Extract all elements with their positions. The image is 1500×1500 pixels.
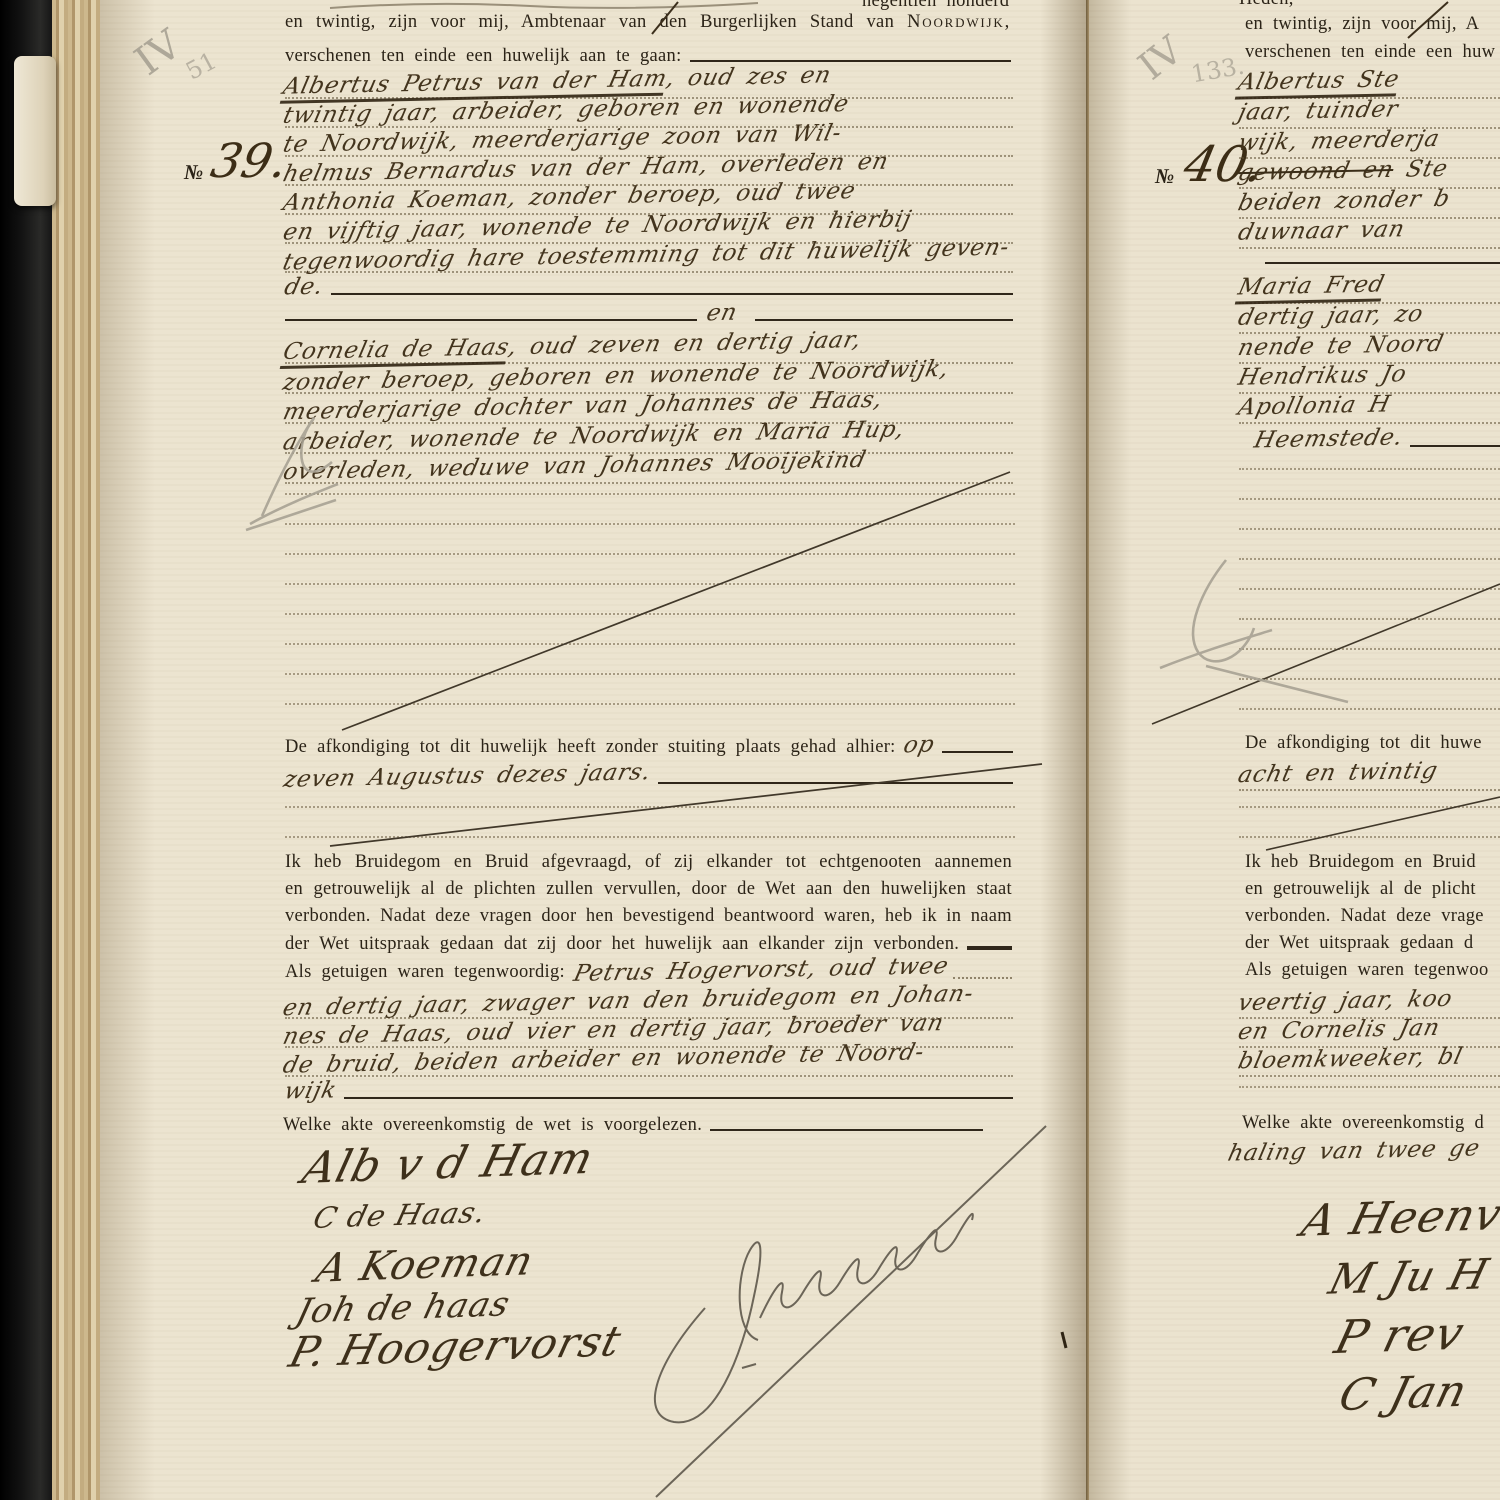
conjunction-row: en: [285, 300, 1013, 326]
bride-entry-line-row: Heemstede.: [1239, 423, 1500, 452]
blank-dotted-line: [1239, 678, 1500, 680]
groom-entry-line: de.: [285, 271, 1013, 300]
blank-dotted-line: [1239, 836, 1500, 838]
blank-dotted-line: [285, 806, 1015, 808]
blank-dotted-line: [285, 643, 1015, 645]
groom-line1-rest: , oud zes en: [664, 62, 834, 91]
blank-line: [285, 319, 697, 321]
bride-name: Maria Fred: [1235, 271, 1388, 304]
announcement-row: De afkondiging tot dit huwelijk heeft zo…: [285, 731, 1013, 758]
groom-entry-line: Albertus Ste: [1239, 68, 1500, 99]
announcement-hw-row: zeven Augustus dezes jaars.: [285, 760, 1013, 789]
declaration-line: Ik heb Bruidegom en Bruid: [1245, 852, 1500, 873]
blank-line: [1265, 262, 1500, 264]
declaration-line: en getrouwelijk al de plichten zullen ve…: [285, 879, 1012, 900]
groom-entry-line: wijk, meerderja: [1239, 128, 1500, 159]
conjunction-en: en: [704, 300, 740, 327]
announcement-hw-op: op: [901, 732, 937, 759]
blank-dotted-line: [1239, 498, 1500, 500]
pencil-folio-mark: 51: [181, 46, 221, 85]
intro-place-name: Noordwijk,: [907, 12, 1011, 32]
bride-entry-line: Maria Fred: [1239, 273, 1500, 304]
closing-text: Welke akte overeenkomstig de wet is voor…: [283, 1115, 702, 1136]
groom-entry-line: helmus Bernardus van der Ham, overleden …: [285, 155, 1013, 186]
intro-text: en twintig, zijn voor mij, Ambtenaar van…: [285, 12, 907, 32]
witness-line: bloemkweeker, bl: [1239, 1046, 1500, 1077]
declaration-line-row: der Wet uitspraak gedaan dat zij door he…: [285, 929, 1012, 955]
groom-name: Albertus Ste: [1235, 66, 1402, 99]
witnesses-label: Als getuigen waren tegenwoo: [1245, 960, 1500, 981]
blank-dotted-line: [1239, 806, 1500, 808]
witnesses-row: Als getuigen waren tegenwoordig: Petrus …: [285, 956, 1012, 983]
registry-book-scan: IV 51 № 39. negentien honderd en twintig…: [0, 0, 1500, 1500]
declaration-line: en getrouwelijk al de plicht: [1245, 879, 1500, 900]
blank-dotted-line: [285, 493, 1015, 495]
book-cover: [0, 0, 52, 1500]
blank-line: [344, 1097, 1013, 1099]
act-number-label: №: [184, 160, 203, 185]
blank-dotted-line: [285, 703, 1015, 705]
witness-line: veertig jaar, koo: [1239, 988, 1500, 1019]
witness-line-row: wijk: [285, 1075, 1013, 1104]
blank-dotted-line: [1239, 708, 1500, 710]
pencil-class-mark: IV: [127, 21, 190, 84]
signature-bride: C de Haas.: [310, 1195, 490, 1235]
declaration-line: der Wet uitspraak gedaan d: [1245, 933, 1500, 954]
blank-dotted-line: [285, 836, 1015, 838]
bride-entry-line: zonder beroep, geboren en wonende te Noo…: [285, 363, 1013, 394]
act-number: 39.: [206, 134, 292, 189]
bride-line1-rest: , oud zeven en dertig jaar,: [506, 327, 864, 360]
blank-line: [690, 60, 1011, 62]
blank-line: [755, 319, 1013, 321]
blank-dotted-line: [285, 553, 1015, 555]
act-number-label: №: [1155, 164, 1174, 189]
bride-entry-line: Apollonia H: [1239, 393, 1500, 424]
bookmark-tab: [14, 56, 56, 206]
blank-dotted-line: [1239, 618, 1500, 620]
announcement-printed: De afkondiging tot dit huwelijk heeft zo…: [285, 737, 896, 758]
right-page: IV 133. № 40. Heden, en twintig, zijn vo…: [1089, 0, 1500, 1500]
blank-dotted-line: [285, 523, 1015, 525]
blank-dotted-line: [285, 613, 1015, 615]
bride-entry-line: arbeider, wonende te Noordwijk en Maria …: [285, 423, 1013, 454]
declaration-line: verbonden. Nadat deze vrage: [1245, 906, 1500, 927]
page-edge-stack: [52, 0, 100, 1500]
bride-entry-line: nende te Noord: [1239, 333, 1500, 364]
groom-entry-line: gewoond en Ste: [1239, 158, 1500, 189]
blank-dotted-line: [953, 977, 1012, 979]
groom-entry-line: duwnaar van: [1239, 218, 1500, 249]
declaration-line: Ik heb Bruidegom en Bruid afgevraagd, of…: [285, 852, 1012, 873]
intro-line2-text: verschenen ten einde een huwelijk aan te…: [285, 46, 682, 67]
pencil-class-mark: IV: [1130, 28, 1191, 89]
announcement-hw-row: acht en twintig: [1239, 760, 1500, 791]
printed-intro-line1: en twintig, zijn voor mij, Ambtenaar van…: [285, 12, 1011, 33]
groom-entry-line: te Noordwijk, meerderjarige zoon van Wil…: [285, 126, 1013, 157]
end-dash: [967, 946, 1012, 950]
blank-dotted-line: [1239, 558, 1500, 560]
printed-intro-line1: en twintig, zijn voor mij, A: [1245, 14, 1500, 35]
bride-entry-line: Hendrikus Jo: [1239, 363, 1500, 394]
bride-entry-line: dertig jaar, zo: [1239, 303, 1500, 334]
blank-line: [331, 293, 1013, 295]
blank-line: [1410, 445, 1500, 447]
bride-entry-line: overleden, weduwe van Johannes Mooijekin…: [285, 453, 1013, 484]
blank-dotted-line: [1239, 528, 1500, 530]
groom-entry-line: jaar, tuinder: [1239, 98, 1500, 129]
printed-intro-line2: verschenen ten einde een huw: [1245, 42, 1500, 63]
closing-text: Welke akte overeenkomstig d: [1242, 1113, 1500, 1134]
blank-dotted-line: [1239, 648, 1500, 650]
blank-dotted-line: [285, 673, 1015, 675]
blank-dotted-line: [285, 583, 1015, 585]
signature-groom: Alb v d Ham: [297, 1133, 599, 1194]
signature-witness2: P. Hoogervorst: [284, 1316, 626, 1376]
printed-intro-line2-row: verschenen ten einde een huwelijk aan te…: [285, 41, 1011, 67]
blank-dotted-line: [1239, 468, 1500, 470]
printed-top-fragment: Heden,: [1239, 0, 1294, 10]
blank-line: [658, 782, 1013, 784]
blank-line: [942, 751, 1013, 753]
left-page: IV 51 № 39. negentien honderd en twintig…: [100, 0, 1086, 1500]
blank-line: [710, 1129, 983, 1131]
groom-entry-line: tegenwoordig hare toestemming tot dit hu…: [285, 242, 1013, 273]
struck-text: gewoond en: [1236, 157, 1397, 186]
announcement-printed: De afkondiging tot dit huwe: [1245, 733, 1500, 754]
blank-dotted-line: [1239, 588, 1500, 590]
witnesses-label: Als getuigen waren tegenwoordig:: [285, 962, 565, 983]
groom-entry-line: beiden zonder b: [1239, 188, 1500, 219]
signature-bride: M Ju H: [1324, 1249, 1494, 1303]
witness-line: de bruid, beiden arbeider en wonende te …: [285, 1046, 1013, 1077]
signature-witness1: P rev: [1330, 1306, 1471, 1364]
signature-witness2: C Jan: [1334, 1366, 1473, 1421]
printed-top-fragment: negentien honderd: [862, 0, 1009, 12]
declaration-line: verbonden. Nadat deze vragen door hen be…: [285, 906, 1012, 927]
closing-hw-line: haling van twee ge: [1229, 1138, 1479, 1164]
closing-row: Welke akte overeenkomstig de wet is voor…: [283, 1112, 983, 1136]
signature-groom: A Heenvo: [1297, 1188, 1500, 1247]
blank-dotted-line: [1239, 1086, 1500, 1088]
